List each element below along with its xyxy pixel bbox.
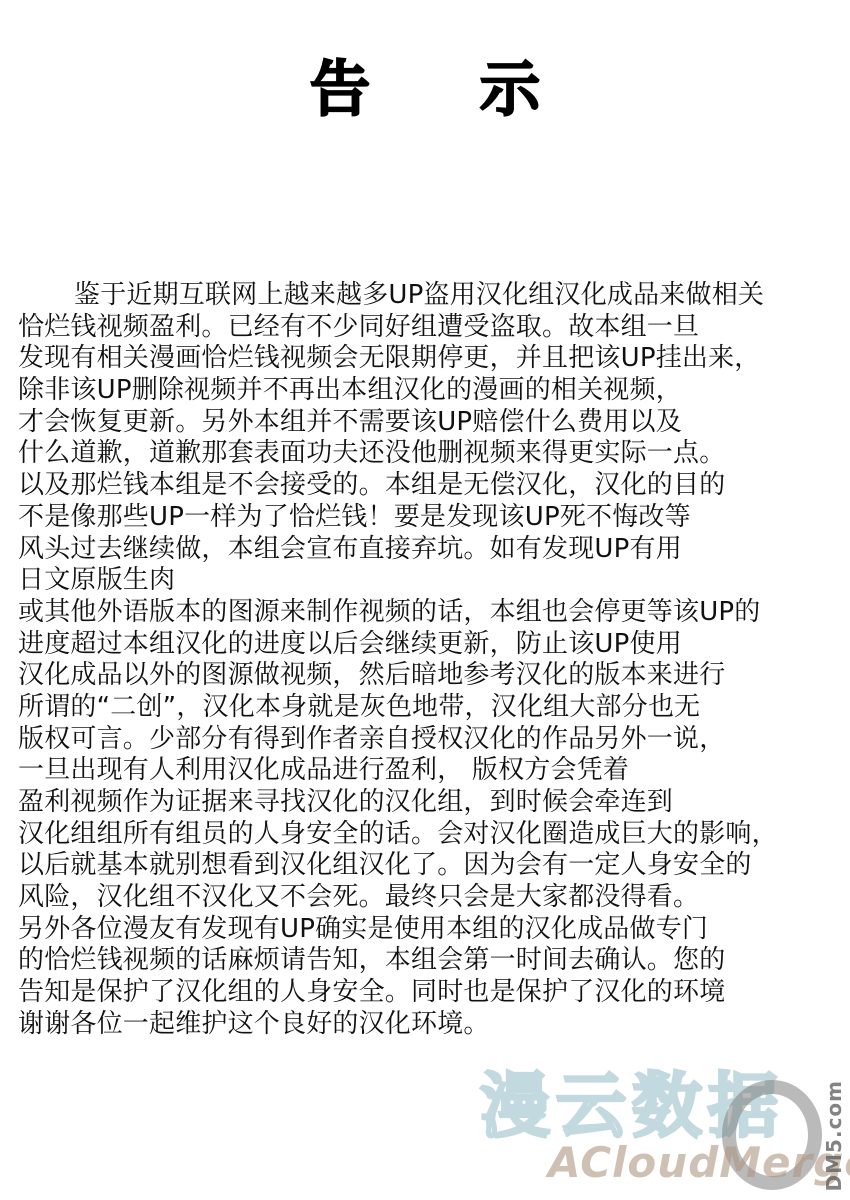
notice-line: 风险，汉化组不汉化又不会死。最终只会是大家都没得看。	[18, 882, 848, 914]
notice-line: 以及那烂钱本组是不会接受的。本组是无偿汉化，汉化的目的	[18, 470, 848, 502]
notice-line: 或其他外语版本的图源来制作视频的话，本组也会停更等该UP的	[18, 597, 848, 629]
notice-line: 另外各位漫友有发现有UP确实是使用本组的汉化成品做专门	[18, 914, 848, 946]
watermark-side-text: DM5.com	[822, 1080, 846, 1191]
notice-line: 的恰烂钱视频的话麻烦请告知，本组会第一时间去确认。您的	[18, 945, 848, 977]
notice-line: 日文原版生肉	[18, 565, 848, 597]
watermark-logo-circle-icon	[722, 1080, 822, 1190]
notice-line: 才会恢复更新。另外本组并不需要该UP赔偿什么费用以及	[18, 407, 848, 439]
notice-body: 鉴于近期互联网上越来越多UP盗用汉化组汉化成品来做相关 恰烂钱视频盈利。已经有不…	[18, 280, 848, 1041]
notice-line: 所谓的“二创”，汉化本身就是灰色地带，汉化组大部分也无	[18, 692, 848, 724]
notice-line: 鉴于近期互联网上越来越多UP盗用汉化组汉化成品来做相关	[18, 280, 848, 312]
notice-title-char-1: 告	[310, 58, 370, 122]
notice-line: 不是像那些UP一样为了恰烂钱！要是发现该UP死不悔改等	[18, 502, 848, 534]
notice-line: 告知是保护了汉化组的人身安全。同时也是保护了汉化的环境	[18, 977, 848, 1009]
notice-line: 风头过去继续做，本组会宣布直接弃坑。如有发现UP有用	[18, 534, 848, 566]
watermark: 漫云数据 ACloudMerge.com DM5.com	[470, 1050, 850, 1200]
notice-line: 以后就基本就别想看到汉化组汉化了。因为会有一定人身安全的	[18, 850, 848, 882]
notice-line: 谢谢各位一起维护这个良好的汉化环境。	[18, 1009, 848, 1041]
notice-line: 版权可言。少部分有得到作者亲自授权汉化的作品另外一说，	[18, 724, 848, 756]
notice-line: 除非该UP删除视频并不再出本组汉化的漫画的相关视频，	[18, 375, 848, 407]
notice-line: 进度超过本组汉化的进度以后会继续更新，防止该UP使用	[18, 629, 848, 661]
notice-line: 盈利视频作为证据来寻找汉化的汉化组，到时候会牵连到	[18, 787, 848, 819]
notice-line: 汉化组组所有组员的人身安全的话。会对汉化圈造成巨大的影响，	[18, 819, 848, 851]
notice-title: 告 示	[0, 58, 850, 122]
notice-line: 什么道歉，道歉那套表面功夫还没他删视频来得更实际一点。	[18, 438, 848, 470]
watermark-cn-text: 漫云数据	[480, 1050, 784, 1151]
notice-line: 一旦出现有人利用汉化成品进行盈利， 版权方会凭着	[18, 755, 848, 787]
notice-line: 恰烂钱视频盈利。已经有不少同好组遭受盗取。故本组一旦	[18, 312, 848, 344]
notice-line: 汉化成品以外的图源做视频，然后暗地参考汉化的版本来进行	[18, 660, 848, 692]
watermark-en-text: ACloudMerge.com	[548, 1138, 850, 1187]
notice-line: 发现有相关漫画恰烂钱视频会无限期停更，并且把该UP挂出来，	[18, 343, 848, 375]
notice-title-char-2: 示	[480, 58, 540, 122]
